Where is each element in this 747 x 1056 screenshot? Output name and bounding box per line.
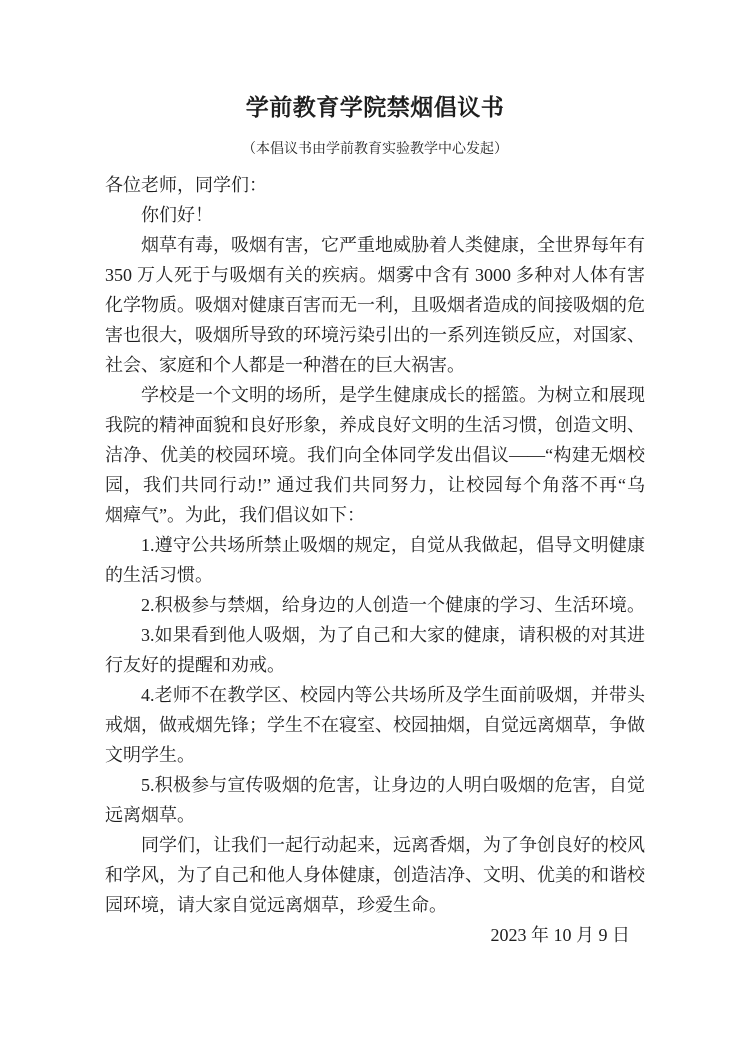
body-line: 化学物质。吸烟对健康百害而无一利，且吸烟者造成的间接吸烟的危 <box>105 290 645 320</box>
body-line: 4.老师不在教学区、校园内等公共场所及学生面前吸烟，并带头 <box>105 680 645 710</box>
body-line: 文明学生。 <box>105 740 645 770</box>
body-line: 350 万人死于与吸烟有关的疾病。烟雾中含有 3000 多种对人体有害的 <box>105 260 645 290</box>
body-line: 学校是一个文明的场所，是学生健康成长的摇篮。为树立和展现 <box>105 380 645 410</box>
body-line: 1.遵守公共场所禁止吸烟的规定，自觉从我做起，倡导文明健康 <box>105 530 645 560</box>
document-body: 各位老师，同学们：你们好！烟草有毒，吸烟有害，它严重地威胁着人类健康，全世界每年… <box>105 170 645 920</box>
body-line: 你们好！ <box>105 200 645 230</box>
body-line: 远离烟草。 <box>105 800 645 830</box>
body-line: 2.积极参与禁烟，给身边的人创造一个健康的学习、生活环境。 <box>105 590 645 620</box>
document-title: 学前教育学院禁烟倡议书 <box>105 94 645 122</box>
document-page: 学前教育学院禁烟倡议书 （本倡议书由学前教育实验教学中心发起） 各位老师，同学们… <box>0 0 747 1056</box>
body-line: 烟瘴气”。为此，我们倡议如下： <box>105 500 645 530</box>
body-line: 同学们，让我们一起行动起来，远离香烟，为了争创良好的校风 <box>105 830 645 860</box>
body-line: 害也很大，吸烟所导致的环境污染引出的一系列连锁反应，对国家、 <box>105 320 645 350</box>
document-date: 2023 年 10 月 9 日 <box>105 920 645 950</box>
body-line: 烟草有毒，吸烟有害，它严重地威胁着人类健康，全世界每年有 <box>105 230 645 260</box>
body-line: 园，我们共同行动!” 通过我们共同努力，让校园每个角落不再“乌 <box>105 470 645 500</box>
body-line: 各位老师，同学们： <box>105 170 645 200</box>
body-line: 洁净、优美的校园环境。我们向全体同学发出倡议——“构建无烟校 <box>105 440 645 470</box>
body-line: 我院的精神面貌和良好形象，养成良好文明的生活习惯，创造文明、 <box>105 410 645 440</box>
body-line: 戒烟，做戒烟先锋；学生不在寝室、校园抽烟，自觉远离烟草，争做 <box>105 710 645 740</box>
body-line: 和学风，为了自己和他人身体健康，创造洁净、文明、优美的和谐校 <box>105 860 645 890</box>
body-line: 5.积极参与宣传吸烟的危害，让身边的人明白吸烟的危害，自觉 <box>105 770 645 800</box>
body-line: 园环境，请大家自觉远离烟草，珍爱生命。 <box>105 890 645 920</box>
body-line: 社会、家庭和个人都是一种潜在的巨大祸害。 <box>105 350 645 380</box>
body-line: 3.如果看到他人吸烟，为了自己和大家的健康，请积极的对其进 <box>105 620 645 650</box>
document-subtitle: （本倡议书由学前教育实验教学中心发起） <box>105 139 645 160</box>
body-line: 行友好的提醒和劝戒。 <box>105 650 645 680</box>
body-line: 的生活习惯。 <box>105 560 645 590</box>
